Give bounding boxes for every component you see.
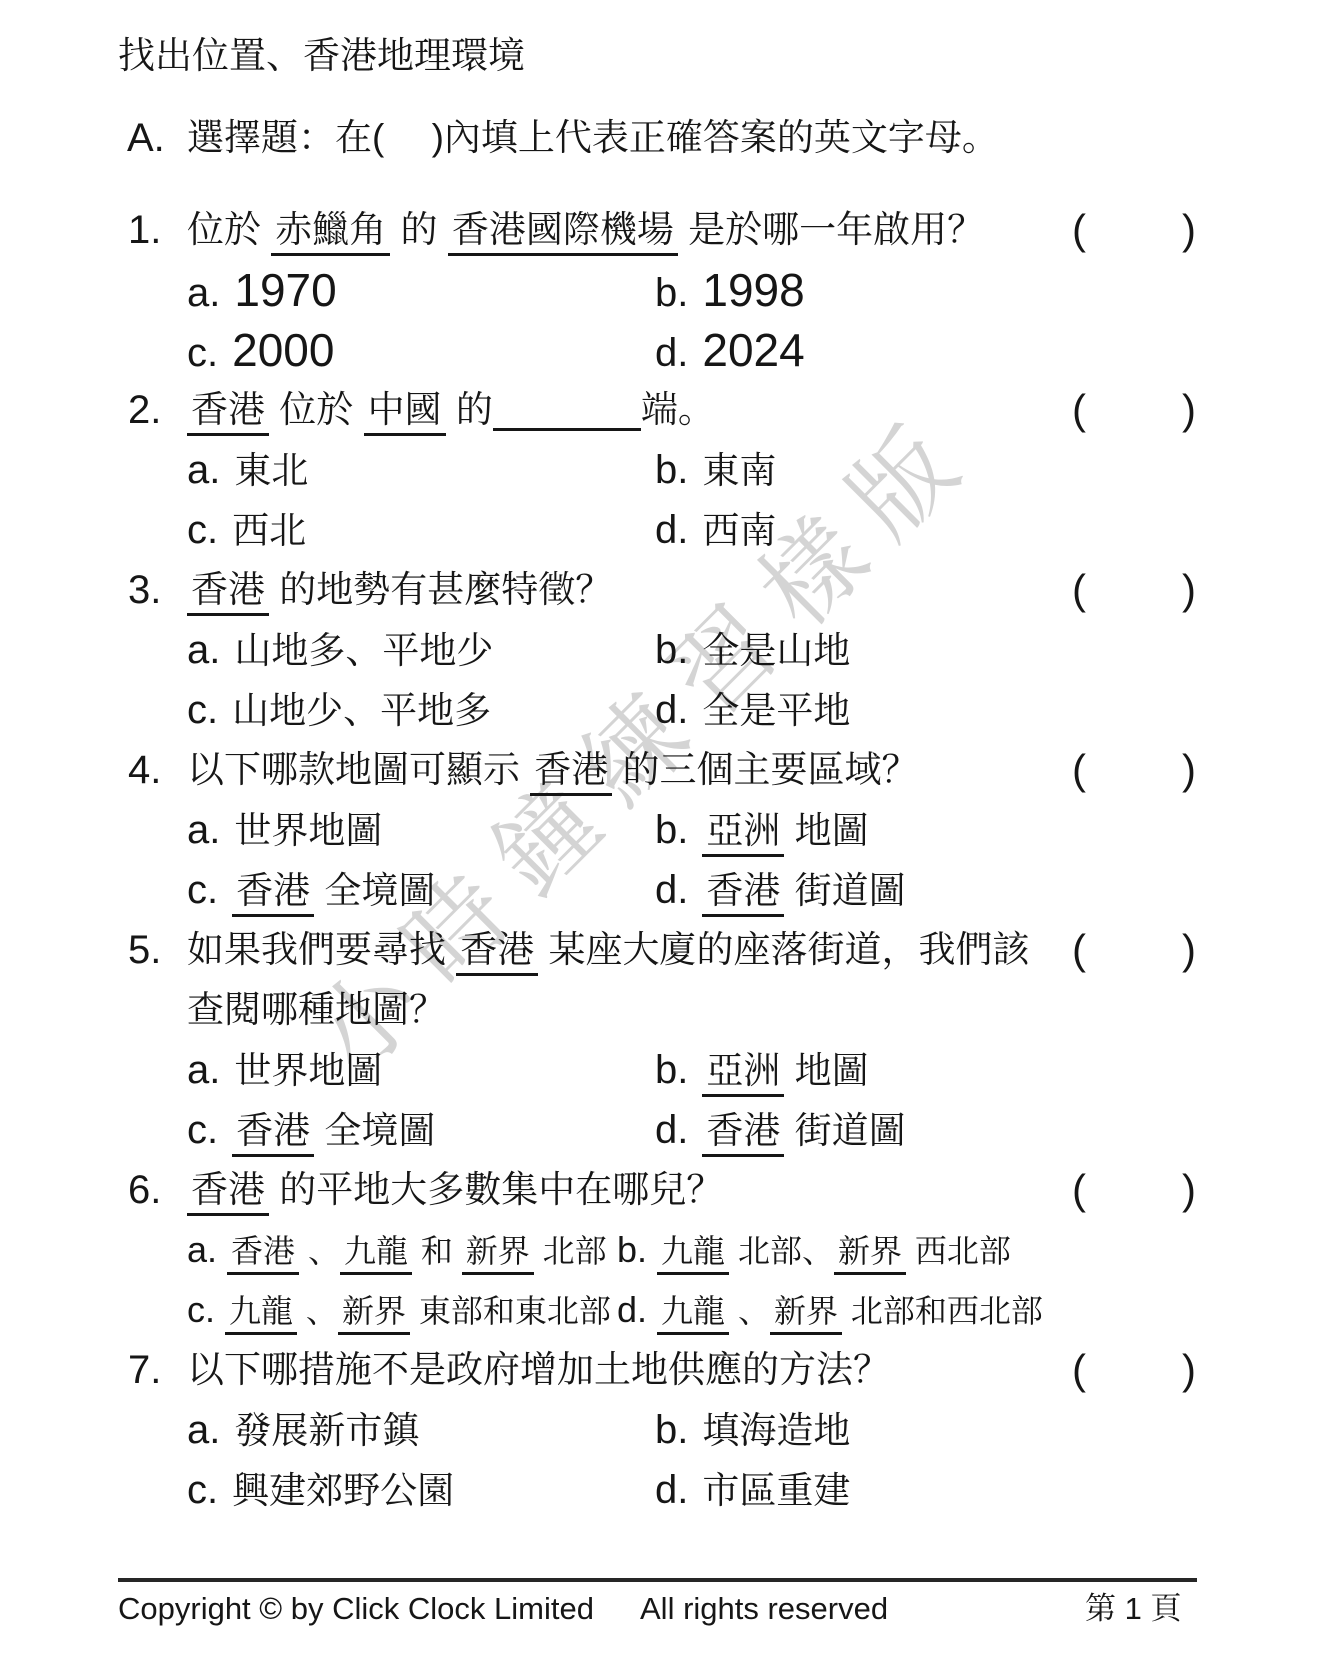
rights-text: All rights reserved (640, 1586, 888, 1632)
option-text: 全是山地 (702, 630, 850, 671)
option-c: c.香港 全境圖 (187, 1100, 435, 1161)
option-text: 西南 (702, 510, 776, 551)
option-text: 世界地圖 (234, 810, 382, 851)
option-c: c.興建郊野公園 (187, 1460, 454, 1521)
option-label: a. (187, 1229, 217, 1270)
option-text: 1998 (702, 273, 804, 314)
question-number: 6. (128, 1160, 161, 1220)
option-a: a.世界地圖 (187, 1040, 382, 1101)
option-label: c. (187, 688, 218, 732)
option-b: b.亞洲 地圖 (655, 1040, 869, 1101)
option-text: 2000 (232, 333, 334, 374)
option-text: 發展新市鎮 (234, 1410, 419, 1451)
option-label: c. (187, 331, 218, 375)
question-4-options-ab: a.世界地圖 b.亞洲 地圖 (0, 800, 1320, 860)
question-7-row: 7. 以下哪措施不是政府增加土地供應的方法？ ( ) (0, 1340, 1320, 1400)
question-5-row-line2: 查閱哪種地圖？ (0, 980, 1320, 1040)
option-text: 九龍 、新界 東部和東北部 (225, 1293, 611, 1329)
option-label: a. (187, 1048, 220, 1092)
close-paren: ) (1182, 1340, 1196, 1400)
option-label: d. (655, 688, 688, 732)
option-text: 世界地圖 (234, 1050, 382, 1091)
option-label: b. (655, 271, 688, 315)
question-7-options-ab: a.發展新市鎮 b.填海造地 (0, 1400, 1320, 1460)
question-7-options-cd: c.興建郊野公園 d.市區重建 (0, 1460, 1320, 1520)
question-1-options-cd: c.2000 d.2024 (0, 320, 1320, 380)
option-label: a. (187, 448, 220, 492)
question-1-options-ab: a.1970 b.1998 (0, 260, 1320, 320)
option-d: d.市區重建 (655, 1460, 850, 1521)
option-label: c. (187, 1108, 218, 1152)
option-b: b.亞洲 地圖 (655, 800, 869, 861)
option-text: 亞洲 地圖 (702, 1050, 868, 1091)
worksheet-page: 小時鐘練習樣版 找出位置、香港地理環境 A. 選擇題：在( )內填上代表正確答案… (0, 0, 1320, 1676)
option-c: c.九龍 、新界 東部和東北部 (187, 1280, 611, 1341)
option-a: a.1970 (187, 260, 337, 324)
section-heading: A. 選擇題：在( )內填上代表正確答案的英文字母。 (0, 108, 1320, 168)
question-text: 以下哪措施不是政府增加土地供應的方法？ (187, 1340, 890, 1400)
section-label: A. (127, 108, 165, 168)
option-text: 1970 (234, 273, 336, 314)
option-b: b.九龍 北部、新界 西北部 (617, 1220, 1011, 1281)
open-paren: ( (1072, 1340, 1086, 1400)
option-d: d.香港 街道圖 (655, 1100, 906, 1161)
option-d: d.全是平地 (655, 680, 850, 741)
option-text: 九龍 、新界 北部和西北部 (657, 1293, 1043, 1329)
option-label: a. (187, 1408, 220, 1452)
option-text: 香港 街道圖 (702, 1110, 905, 1151)
question-number: 4. (128, 740, 161, 800)
close-paren: ) (1182, 1160, 1196, 1220)
option-a: a.山地多、平地少 (187, 620, 493, 681)
question-text: 香港 的地勢有甚麼特徵？ (187, 560, 612, 620)
question-6-options-cd: c.九龍 、新界 東部和東北部 d.九龍 、新界 北部和西北部 (0, 1280, 1320, 1340)
option-label: d. (655, 331, 688, 375)
option-a: a.東北 (187, 440, 308, 501)
fill-in-blank (493, 398, 641, 431)
page-title: 找出位置、香港地理環境 (118, 26, 525, 86)
open-paren: ( (1072, 200, 1086, 260)
option-c: c.西北 (187, 500, 306, 561)
option-text: 亞洲 地圖 (702, 810, 868, 851)
question-6-options-ab: a.香港 、九龍 和 新界 北部 b.九龍 北部、新界 西北部 (0, 1220, 1320, 1280)
close-paren: ) (1182, 920, 1196, 980)
open-paren: ( (1072, 740, 1086, 800)
question-5-row: 5. 如果我們要尋找 香港 某座大廈的座落街道，我們該 ( ) (0, 920, 1320, 980)
option-label: b. (655, 808, 688, 852)
footer-divider (118, 1578, 1197, 1582)
option-label: b. (655, 448, 688, 492)
option-text: 山地多、平地少 (234, 630, 493, 671)
option-label: a. (187, 808, 220, 852)
option-a: a.香港 、九龍 和 新界 北部 (187, 1220, 607, 1281)
page-number-label: 第 1 頁 (1085, 1586, 1181, 1632)
option-label: a. (187, 628, 220, 672)
question-5-options-cd: c.香港 全境圖 d.香港 街道圖 (0, 1100, 1320, 1160)
question-text-continued: 查閱哪種地圖？ (187, 980, 446, 1040)
footer: Copyright © by Click Clock Limited All r… (0, 1586, 1320, 1632)
option-label: b. (655, 1048, 688, 1092)
question-6-row: 6. 香港 的平地大多數集中在哪兒？ ( ) (0, 1160, 1320, 1220)
close-paren: ) (1182, 740, 1196, 800)
option-label: d. (655, 1468, 688, 1512)
option-text: 東南 (702, 450, 776, 491)
question-5-options-ab: a.世界地圖 b.亞洲 地圖 (0, 1040, 1320, 1100)
option-text: 西北 (232, 510, 306, 551)
question-4-row: 4. 以下哪款地圖可顯示 香港 的三個主要區域？ ( ) (0, 740, 1320, 800)
question-text: 如果我們要尋找 香港 某座大廈的座落街道，我們該 (187, 920, 1030, 980)
question-3-options-ab: a.山地多、平地少 b.全是山地 (0, 620, 1320, 680)
option-label: d. (655, 868, 688, 912)
option-label: d. (655, 1108, 688, 1152)
question-2-options-cd: c.西北 d.西南 (0, 500, 1320, 560)
option-b: b.填海造地 (655, 1400, 850, 1461)
option-label: d. (617, 1289, 647, 1330)
option-text: 香港 街道圖 (702, 870, 905, 911)
option-text: 全是平地 (702, 690, 850, 731)
question-3-options-cd: c.山地少、平地多 d.全是平地 (0, 680, 1320, 740)
close-paren: ) (1182, 380, 1196, 440)
question-number: 7. (128, 1340, 161, 1400)
option-label: c. (187, 1289, 215, 1330)
option-label: a. (187, 271, 220, 315)
question-2-options-ab: a.東北 b.東南 (0, 440, 1320, 500)
option-text: 香港 全境圖 (232, 870, 435, 911)
question-1-row: 1. 位於 赤鱲角 的 香港國際機場 是於哪一年啟用？ ( ) (0, 200, 1320, 260)
question-text: 香港 位於 中國 的端。 (187, 380, 715, 440)
copyright-text: Copyright © by Click Clock Limited (118, 1586, 594, 1632)
option-b: b.1998 (655, 260, 805, 324)
option-label: c. (187, 508, 218, 552)
option-text: 2024 (702, 333, 804, 374)
option-label: c. (187, 868, 218, 912)
option-d: d.九龍 、新界 北部和西北部 (617, 1280, 1043, 1341)
option-text: 香港 全境圖 (232, 1110, 435, 1151)
option-label: b. (655, 628, 688, 672)
option-b: b.東南 (655, 440, 776, 501)
option-c: c.2000 (187, 320, 334, 384)
question-3-row: 3. 香港 的地勢有甚麼特徵？ ( ) (0, 560, 1320, 620)
question-number: 1. (128, 200, 161, 260)
option-a: a.發展新市鎮 (187, 1400, 419, 1461)
option-a: a.世界地圖 (187, 800, 382, 861)
open-paren: ( (1072, 380, 1086, 440)
open-paren: ( (1072, 1160, 1086, 1220)
close-paren: ) (1182, 200, 1196, 260)
option-d: d.西南 (655, 500, 776, 561)
option-text: 香港 、九龍 和 新界 北部 (227, 1233, 607, 1269)
question-text: 以下哪款地圖可顯示 香港 的三個主要區域？ (187, 740, 919, 800)
questions-area: 1. 位於 赤鱲角 的 香港國際機場 是於哪一年啟用？ ( ) a.1970 b… (0, 200, 1320, 1520)
option-text: 東北 (234, 450, 308, 491)
question-text: 位於 赤鱲角 的 香港國際機場 是於哪一年啟用？ (187, 200, 984, 260)
option-d: d.香港 街道圖 (655, 860, 906, 921)
question-number: 5. (128, 920, 161, 980)
option-label: b. (655, 1408, 688, 1452)
option-b: b.全是山地 (655, 620, 850, 681)
option-c: c.山地少、平地多 (187, 680, 491, 741)
question-text: 香港 的平地大多數集中在哪兒？ (187, 1160, 723, 1220)
option-text: 九龍 北部、新界 西北部 (657, 1233, 1011, 1269)
question-number: 3. (128, 560, 161, 620)
question-number: 2. (128, 380, 161, 440)
open-paren: ( (1072, 920, 1086, 980)
option-label: c. (187, 1468, 218, 1512)
option-text: 市區重建 (702, 1470, 850, 1511)
option-text: 填海造地 (702, 1410, 850, 1451)
section-instruction: 選擇題：在( )內填上代表正確答案的英文字母。 (187, 108, 999, 168)
question-4-options-cd: c.香港 全境圖 d.香港 街道圖 (0, 860, 1320, 920)
open-paren: ( (1072, 560, 1086, 620)
question-2-row: 2. 香港 位於 中國 的端。 ( ) (0, 380, 1320, 440)
option-d: d.2024 (655, 320, 805, 384)
close-paren: ) (1182, 560, 1196, 620)
option-label: b. (617, 1229, 647, 1270)
option-label: d. (655, 508, 688, 552)
option-c: c.香港 全境圖 (187, 860, 435, 921)
option-text: 山地少、平地多 (232, 690, 491, 731)
option-text: 興建郊野公園 (232, 1470, 454, 1511)
